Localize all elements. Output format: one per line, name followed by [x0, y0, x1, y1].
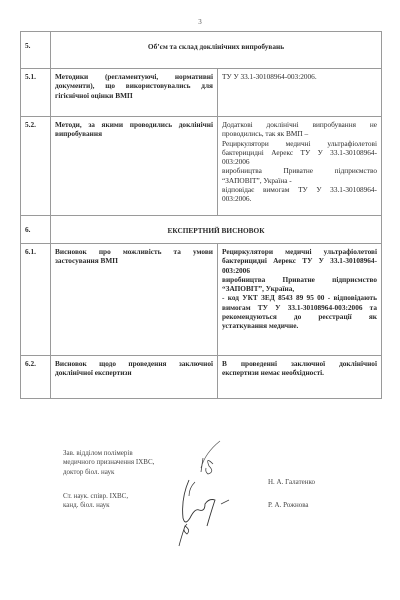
row-label: Методи, за якими проводились доклінічні … [51, 117, 218, 216]
section-title: ЕКСПЕРТНИЙ ВИСНОВОК [51, 216, 382, 244]
signatory-1-position: Зав. відділом полімерів медичного призна… [63, 449, 154, 477]
value-line: виробництва Приватне підприємство “ЗАПОВ… [222, 275, 377, 294]
row-number: 5.1. [21, 69, 51, 117]
value-line: Рециркулятори медичні ультрафіолетові ба… [222, 139, 377, 167]
row-value: В проведенні заключної доклінічної експе… [218, 356, 382, 399]
row-number: 5.2. [21, 117, 51, 216]
signatory-2-position: Ст. наук. співр. ІХВС, канд. біол. наук [63, 492, 128, 511]
value-line: відповідає вимогам ТУ У 33.1-30108964-00… [222, 185, 377, 204]
table-row-section-6: 6. ЕКСПЕРТНИЙ ВИСНОВОК [21, 216, 382, 244]
row-number: 6.1. [21, 244, 51, 356]
table-row-section-5: 5. Об’єм та склад доклінічних випробуван… [21, 32, 382, 69]
position-line: медичного призначення ІХВС, [63, 458, 154, 467]
value-line: виробництва Приватне підприємство “ЗАПОВ… [222, 166, 377, 185]
expert-table: 5. Об’єм та склад доклінічних випробуван… [20, 31, 382, 399]
position-line: Ст. наук. співр. ІХВС, [63, 492, 128, 501]
table-row-6-2: 6.2. Висновок щодо проведення заключної … [21, 356, 382, 399]
position-line: Зав. відділом полімерів [63, 449, 154, 458]
row-value: Рециркулятори медичні ультрафіолетові ба… [218, 244, 382, 356]
signatory-1-name: Н. А. Галатенко [268, 478, 315, 486]
value-line: Додаткові доклінічні випробування не про… [222, 120, 377, 139]
row-number: 5. [21, 32, 51, 69]
position-line: доктор біол. наук [63, 468, 154, 477]
row-label: Висновок щодо проведення заключної доклі… [51, 356, 218, 399]
position-line: канд. біол. наук [63, 501, 128, 510]
row-value: Додаткові доклінічні випробування не про… [218, 117, 382, 216]
row-value: ТУ У 33.1-30108964-003:2006. [218, 69, 382, 117]
section-title: Об’єм та склад доклінічних випробувань [51, 32, 382, 69]
table-row-5-2: 5.2. Методи, за якими проводились доклін… [21, 117, 382, 216]
handwritten-signature-icon [175, 438, 255, 548]
row-label: Висновок про можливість та умови застосу… [51, 244, 218, 356]
table-row-6-1: 6.1. Висновок про можливість та умови за… [21, 244, 382, 356]
row-label: Методики (регламентуючі, нормативні доку… [51, 69, 218, 117]
value-line: - код УКТ ЗЕД 8543 89 95 00 - відповідаю… [222, 293, 377, 330]
table-row-5-1: 5.1. Методики (регламентуючі, нормативні… [21, 69, 382, 117]
value-line: Рециркулятори медичні ультрафіолетові ба… [222, 247, 377, 275]
row-number: 6. [21, 216, 51, 244]
signatory-2-name: Р. А. Рожнова [268, 501, 309, 509]
page-number: 3 [0, 18, 400, 26]
row-number: 6.2. [21, 356, 51, 399]
